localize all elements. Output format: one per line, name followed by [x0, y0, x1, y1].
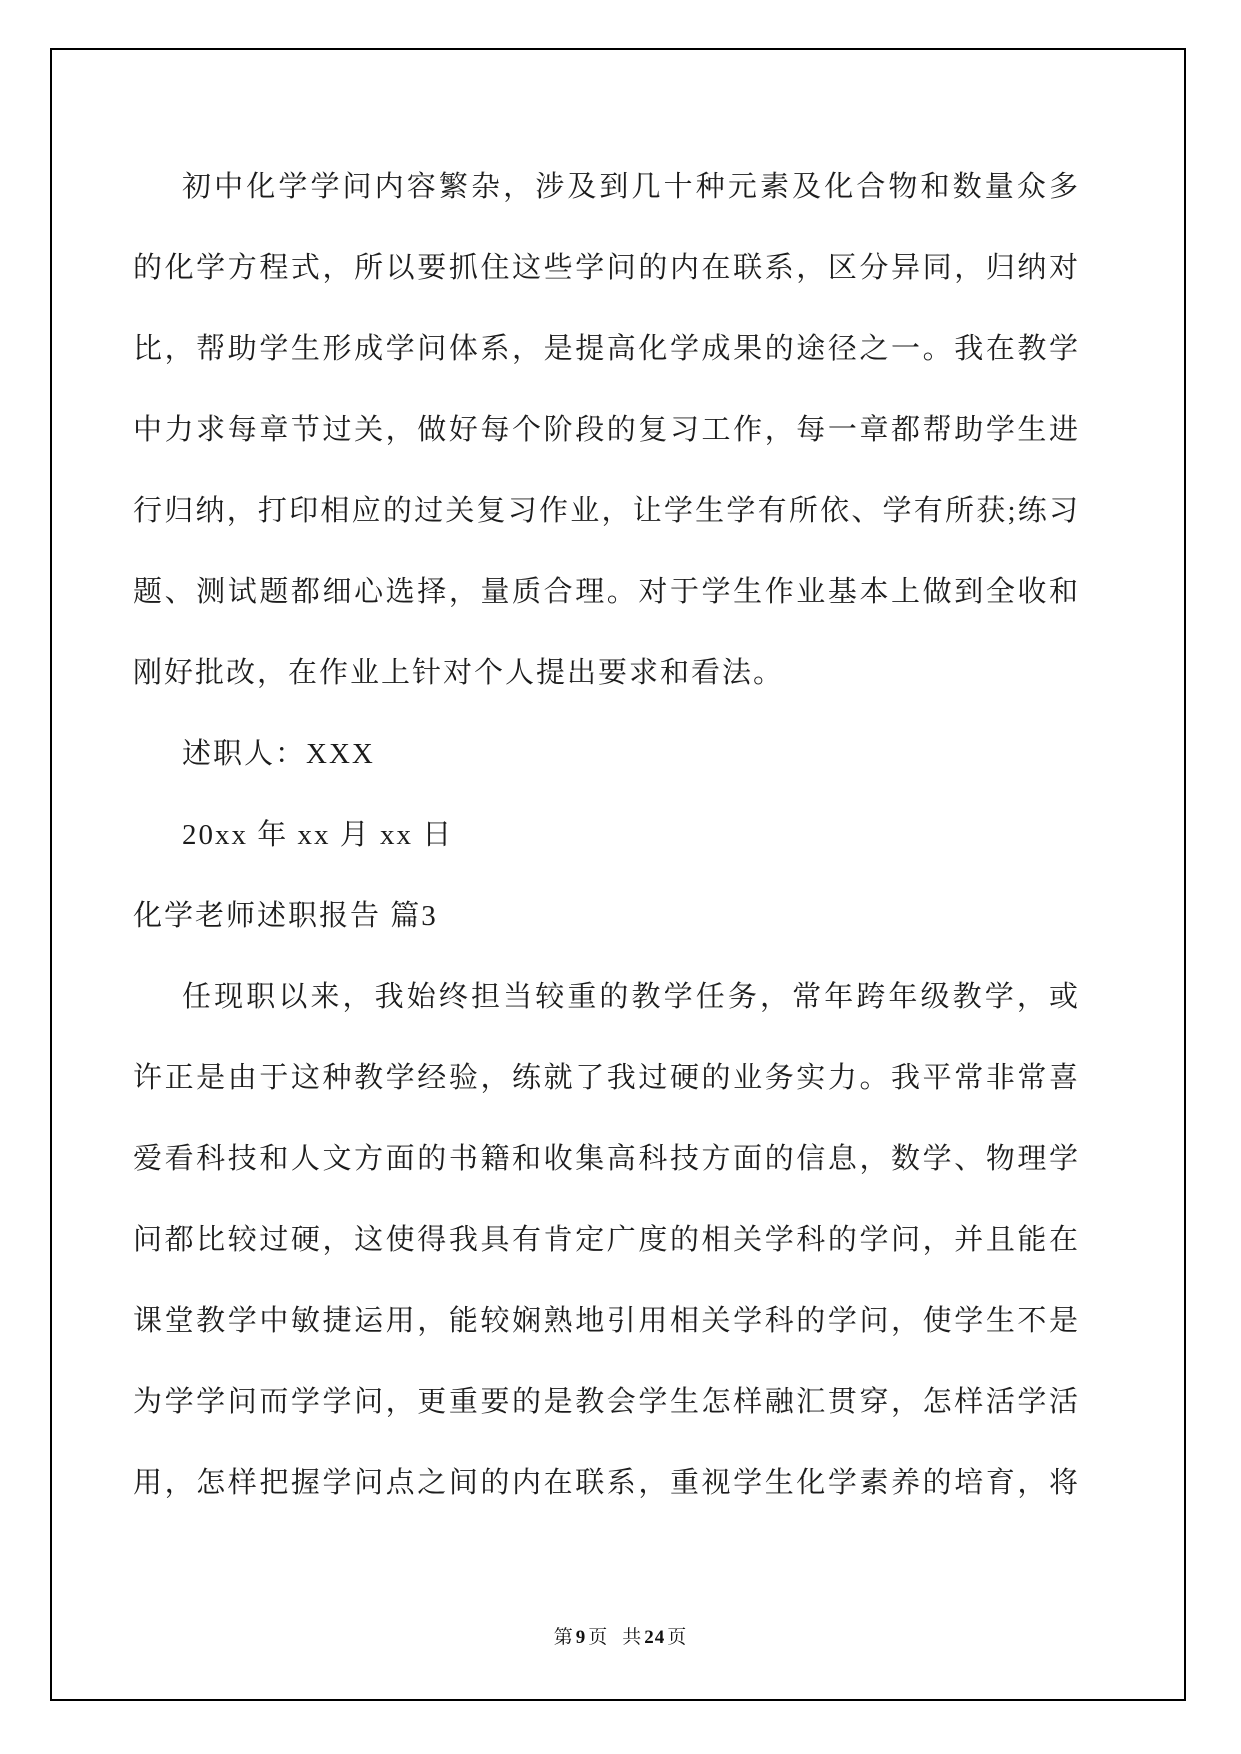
page-prefix-label: 第 [554, 1627, 574, 1648]
current-page-indicator: 第9页 [554, 1627, 609, 1648]
text-line: 刚好批改，在作业上针对个人提出要求和看法。 [133, 633, 1080, 714]
text-line: 许正是由于这种教学经验，练就了我过硬的业务实力。我平常非常喜 [133, 1038, 1080, 1119]
text-line: 课堂教学中敏捷运用，能较娴熟地引用相关学科的学问，使学生不是 [133, 1281, 1080, 1362]
total-page-number: 24 [642, 1627, 667, 1648]
date-line: 20xx 年 xx 月 xx 日 [133, 795, 1080, 876]
text-line: 题、测试题都细心选择，量质合理。对于学生作业基本上做到全收和 [133, 552, 1080, 633]
text-line: 中力求每章节过关，做好每个阶段的复习工作，每一章都帮助学生进 [133, 390, 1080, 471]
section-title: 化学老师述职报告 篇3 [133, 876, 1080, 957]
page-suffix-label: 页 [588, 1627, 608, 1648]
text-line: 为学学问而学学问，更重要的是教会学生怎样融汇贯穿，怎样活学活 [133, 1362, 1080, 1443]
document-page: 初中化学学问内容繁杂，涉及到几十种元素及化合物和数量众多 的化学方程式，所以要抓… [0, 0, 1241, 1754]
current-page-number: 9 [574, 1627, 589, 1648]
text-line: 的化学方程式，所以要抓住这些学问的内在联系，区分异同，归纳对 [133, 228, 1080, 309]
text-line: 行归纳，打印相应的过关复习作业，让学生学有所依、学有所获;练习 [133, 471, 1080, 552]
paragraph-2: 任现职以来，我始终担当较重的教学任务，常年跨年级教学，或 许正是由于这种教学经验… [133, 957, 1080, 1524]
total-pages-indicator: 共24页 [622, 1627, 687, 1648]
text-line: 用，怎样把握学问点之间的内在联系，重视学生化学素养的培育，将 [133, 1443, 1080, 1524]
signature-line: 述职人：XXX [133, 714, 1080, 795]
text-line: 问都比较过硬，这使得我具有肯定广度的相关学科的学问，并且能在 [133, 1200, 1080, 1281]
text-line: 任现职以来，我始终担当较重的教学任务，常年跨年级教学，或 [133, 957, 1080, 1038]
page-footer: 第9页共24页 [0, 1622, 1241, 1649]
total-suffix-label: 页 [667, 1627, 687, 1648]
total-prefix-label: 共 [622, 1627, 642, 1648]
paragraph-1: 初中化学学问内容繁杂，涉及到几十种元素及化合物和数量众多 的化学方程式，所以要抓… [133, 147, 1080, 714]
text-line: 初中化学学问内容繁杂，涉及到几十种元素及化合物和数量众多 [133, 147, 1080, 228]
text-line: 爱看科技和人文方面的书籍和收集高科技方面的信息，数学、物理学 [133, 1119, 1080, 1200]
text-line: 比，帮助学生形成学问体系，是提高化学成果的途径之一。我在教学 [133, 309, 1080, 390]
document-body: 初中化学学问内容繁杂，涉及到几十种元素及化合物和数量众多 的化学方程式，所以要抓… [133, 147, 1080, 1524]
